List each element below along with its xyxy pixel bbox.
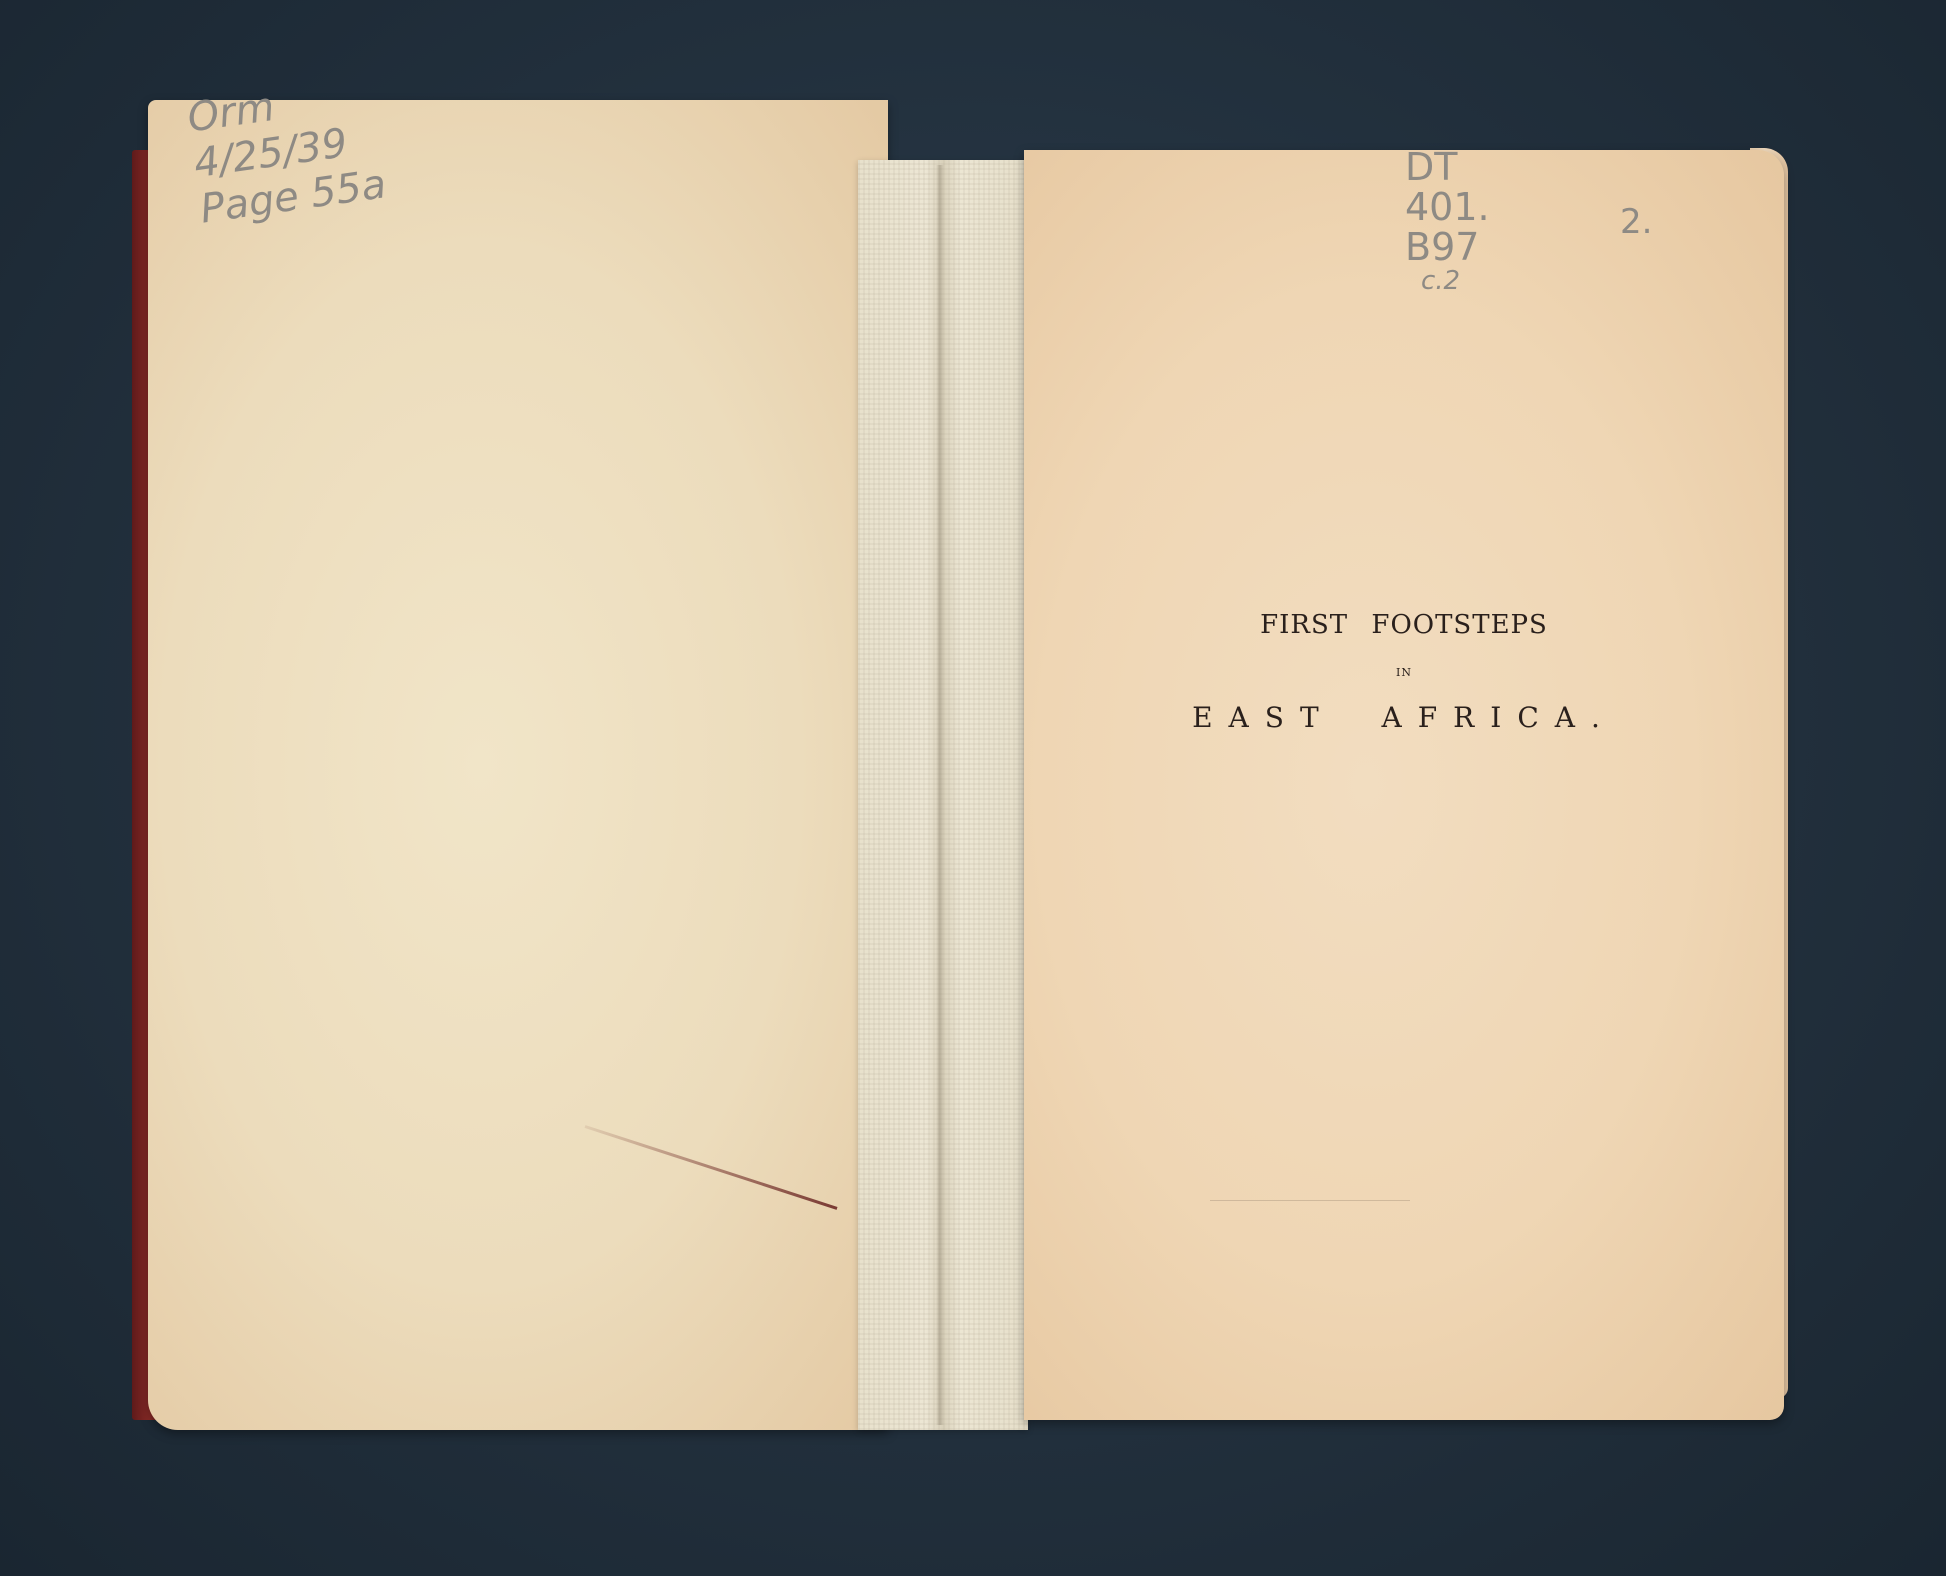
call-number-line: 401.: [1405, 188, 1490, 228]
title-line-1: FIRST FOOTSTEPS: [1024, 610, 1784, 640]
copy-number: c.2: [1421, 268, 1490, 295]
call-number: DT 401. B97 c.2: [1405, 148, 1490, 295]
title-page: [1024, 150, 1784, 1420]
price-note: 2.: [1620, 205, 1652, 241]
left-endpaper: [148, 100, 888, 1430]
left-page-notes: Orm 4/25/39 Page 55a: [185, 72, 389, 235]
faint-rule: [1210, 1200, 1410, 1201]
gutter-shadow: [936, 165, 944, 1425]
book-title: FIRST FOOTSTEPS IN EAST AFRICA.: [1024, 610, 1784, 734]
title-connector: IN: [1024, 666, 1784, 679]
call-number-line: DT: [1405, 148, 1490, 188]
call-number-line: B97: [1405, 228, 1490, 268]
title-line-2: EAST AFRICA.: [1024, 701, 1784, 734]
